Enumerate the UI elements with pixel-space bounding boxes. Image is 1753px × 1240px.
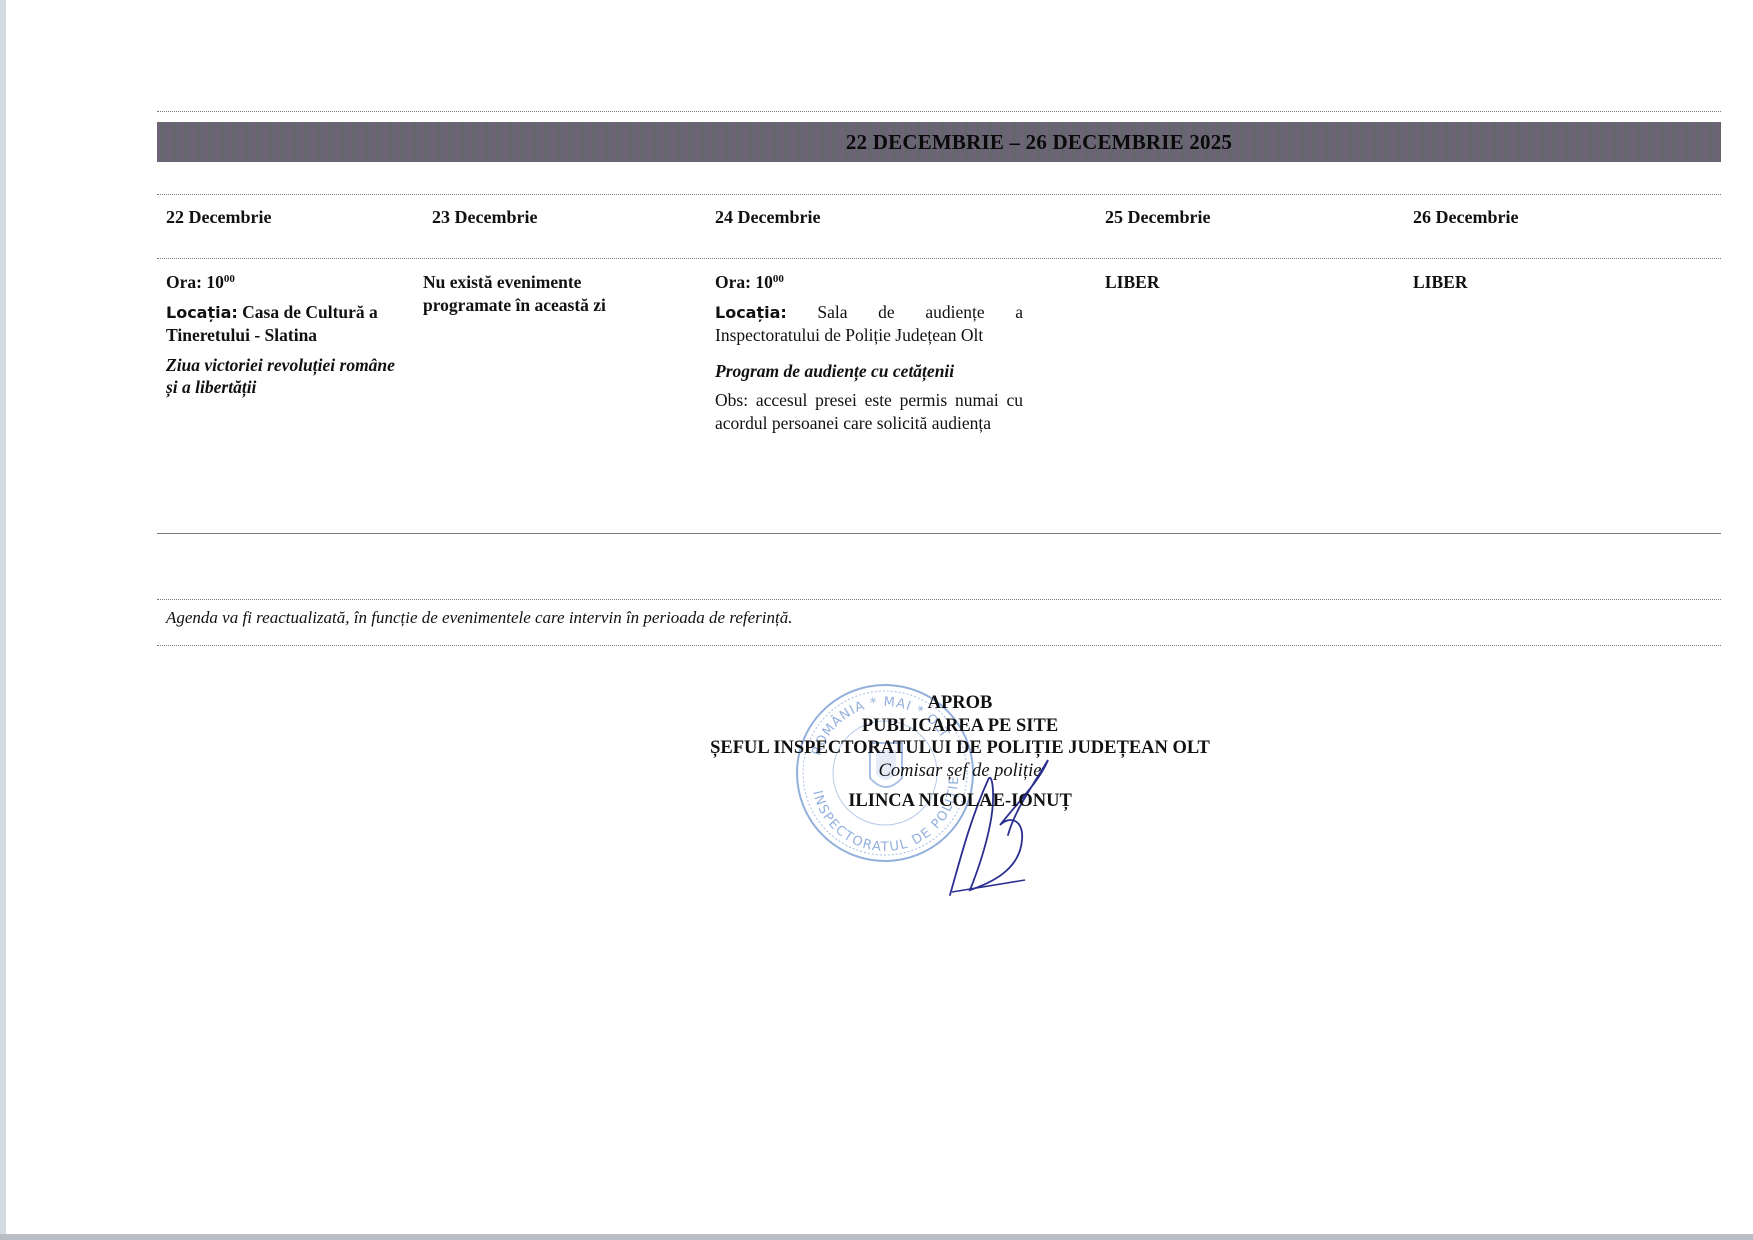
approval-line-aprob: APROB — [560, 692, 1360, 715]
footnote-top-divider — [157, 599, 1721, 600]
event-observation: Obs: accesul presei este permis numai cu… — [715, 389, 1023, 434]
day-cell-23: Nu există evenimente programate în aceas… — [423, 271, 643, 316]
location-label: Locația: — [166, 303, 238, 322]
day-cell-26-status: LIBER — [1413, 271, 1467, 294]
day-cell-24: Ora: 1000 Locația: Sala de audiențe a In… — [715, 271, 1023, 434]
table-bottom-divider — [157, 533, 1721, 534]
scan-left-edge — [0, 0, 6, 1240]
event-time: Ora: 1000 — [715, 271, 1023, 294]
day-header-23: 23 Decembrie — [432, 207, 537, 228]
approval-block: APROB PUBLICAREA PE SITE ȘEFUL INSPECTOR… — [560, 692, 1360, 813]
event-location: Locația: Sala de audiențe a Inspectoratu… — [715, 301, 1023, 347]
event-time: Ora: 1000 — [166, 271, 406, 294]
event-title: Program de audiențe cu cetățenii — [715, 360, 1023, 383]
day-header-26: 26 Decembrie — [1413, 207, 1518, 228]
day-cell-22: Ora: 1000 Locația: Casa de Cultură a Tin… — [166, 271, 406, 399]
day-header-22: 22 Decembrie — [166, 207, 271, 228]
scan-bottom-edge — [0, 1234, 1753, 1240]
period-title: 22 DECEMBRIE – 26 DECEMBRIE 2025 — [846, 130, 1232, 155]
period-banner: 22 DECEMBRIE – 26 DECEMBRIE 2025 — [157, 122, 1721, 162]
event-location: Locația: Casa de Cultură a Tineretului -… — [166, 301, 406, 347]
approval-rank: Comisar șef de poliție — [560, 760, 1360, 783]
agenda-footnote: Agenda va fi reactualizată, în funcție d… — [166, 608, 792, 628]
approval-line-chief: ȘEFUL INSPECTORATULUI DE POLIȚIE JUDEȚEA… — [560, 737, 1360, 760]
approval-line-publish: PUBLICAREA PE SITE — [560, 715, 1360, 738]
event-title: Ziua victoriei revoluției române și a li… — [166, 354, 406, 399]
day-header-25: 25 Decembrie — [1105, 207, 1210, 228]
top-divider — [157, 111, 1721, 112]
day-header-24: 24 Decembrie — [715, 207, 820, 228]
location-label: Locația: — [715, 303, 787, 322]
content-divider — [157, 258, 1721, 259]
approval-name: ILINCA NICOLAE-IONUȚ — [560, 790, 1360, 813]
header-divider — [157, 194, 1721, 195]
footnote-bottom-divider — [157, 645, 1721, 646]
day-cell-25-status: LIBER — [1105, 271, 1159, 294]
